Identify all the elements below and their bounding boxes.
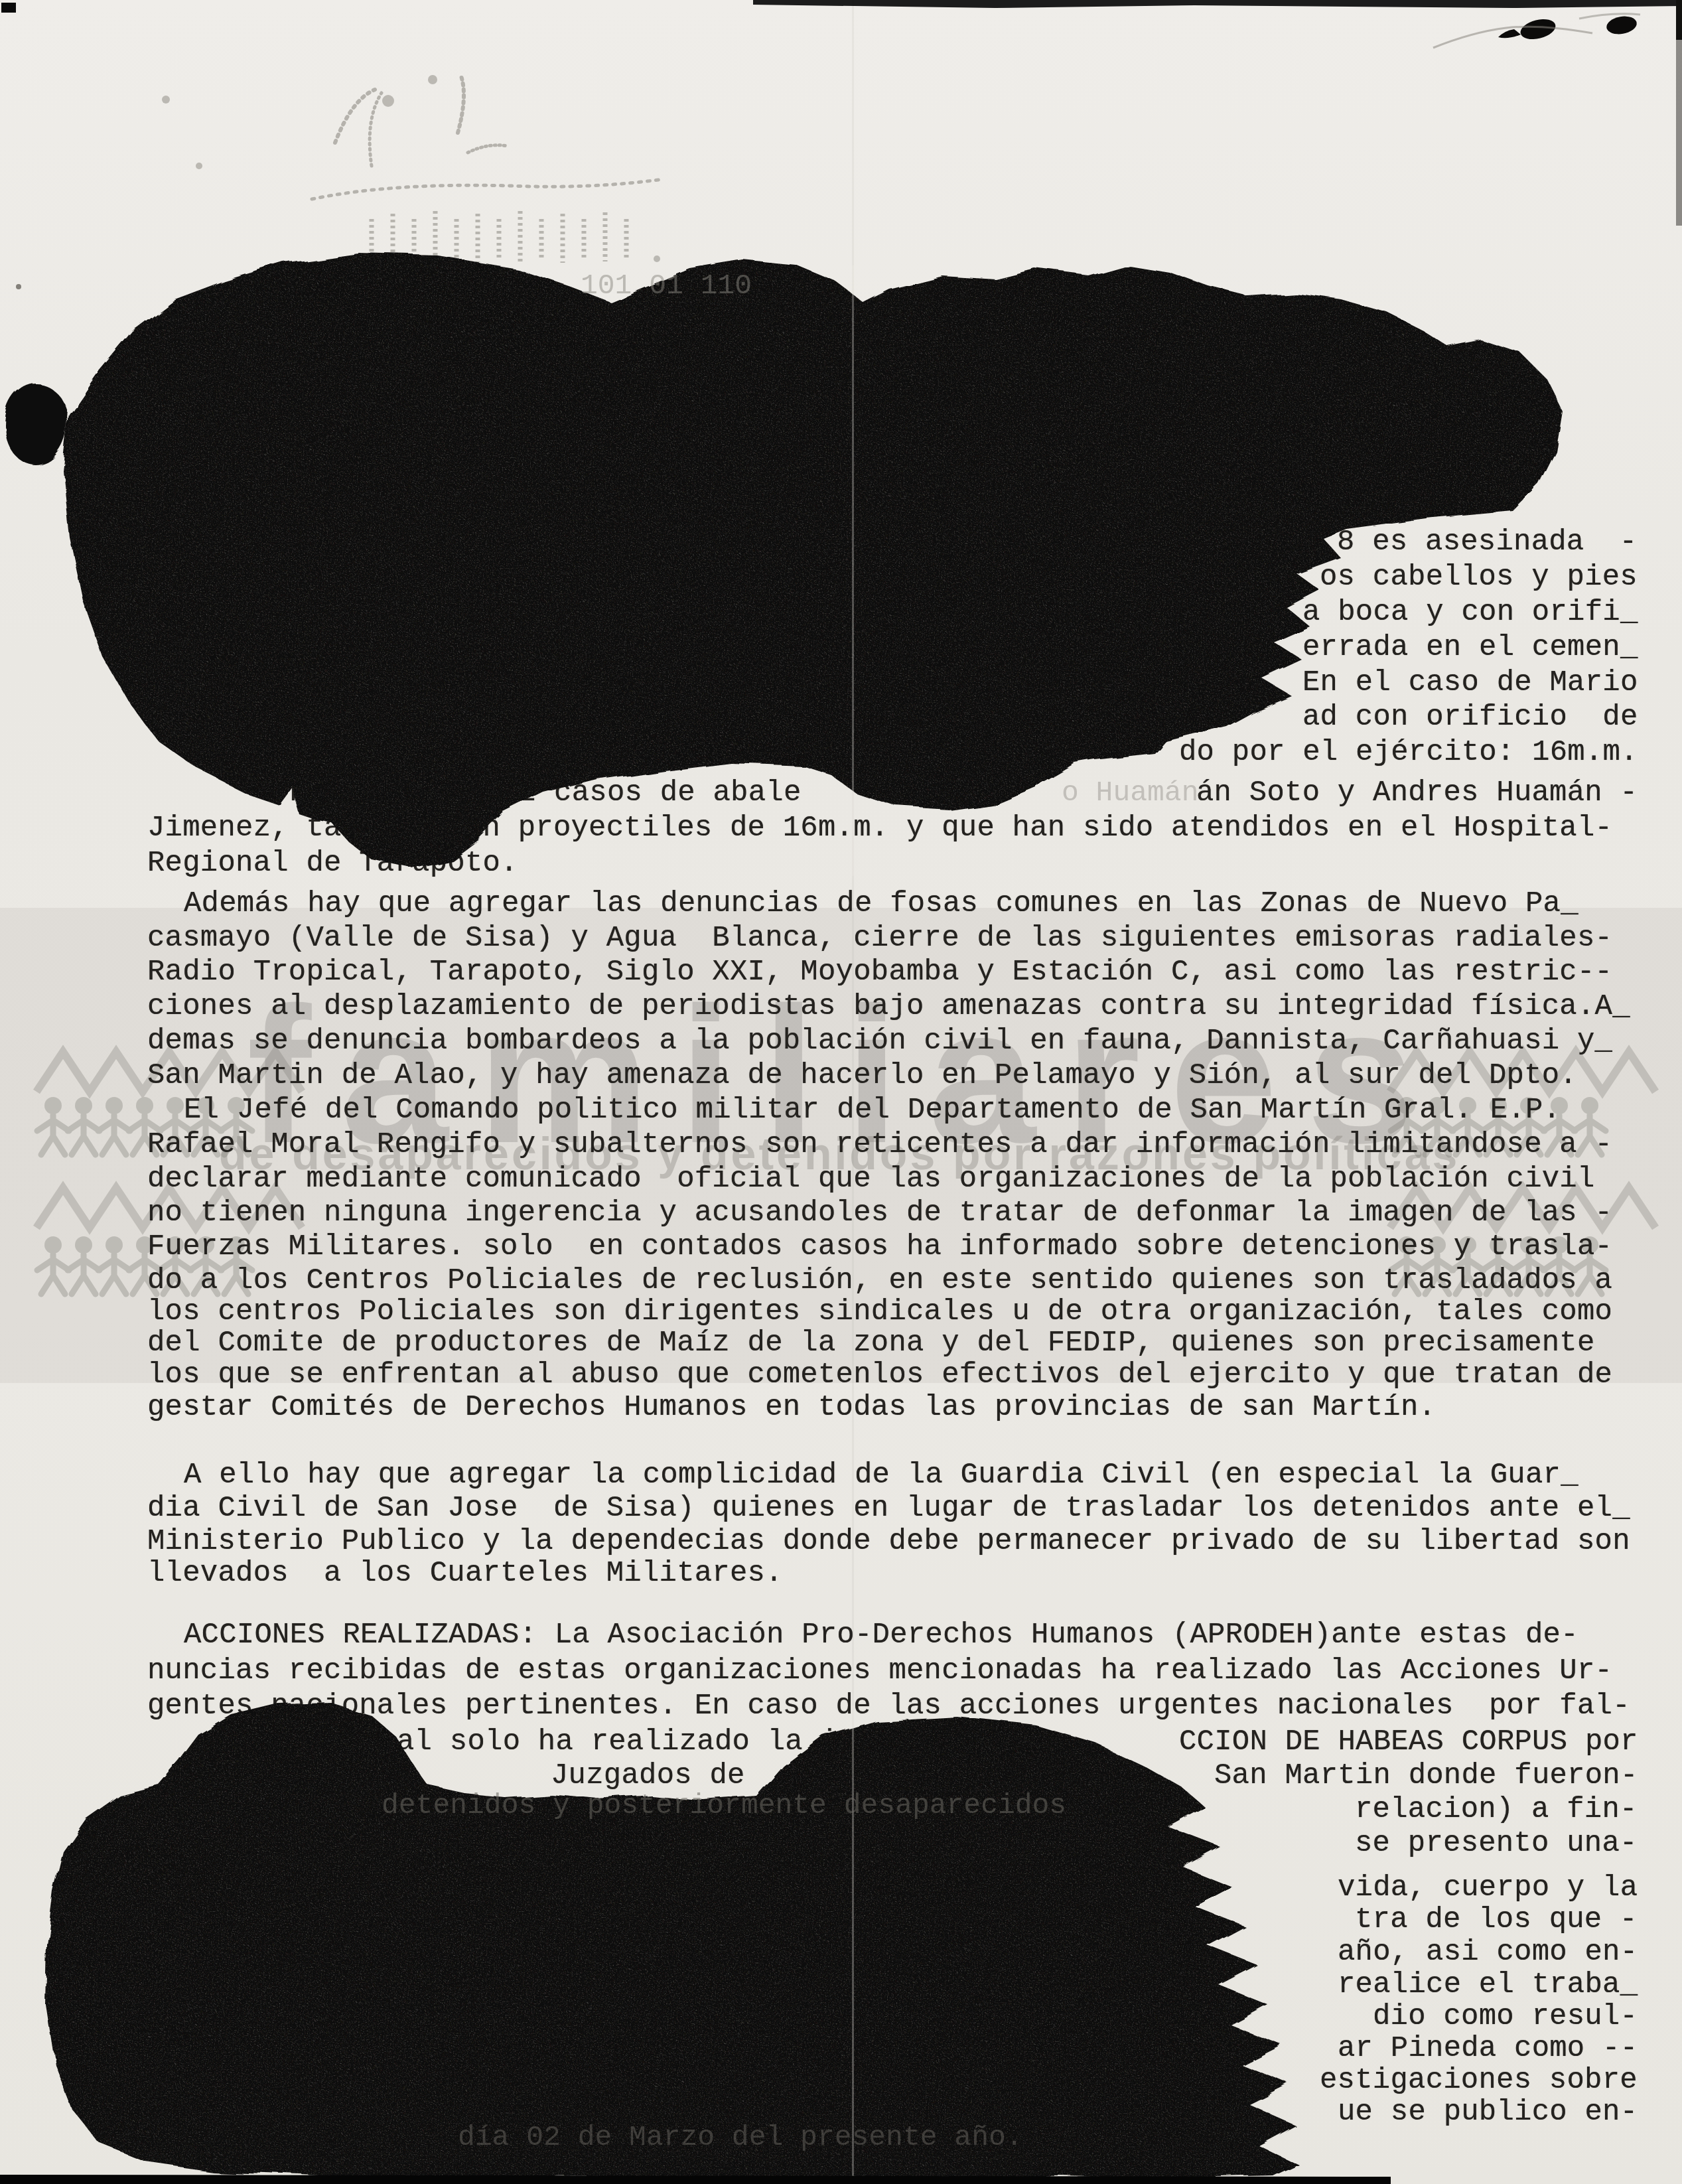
speck-left xyxy=(16,284,21,289)
ink-splatter-1-tail xyxy=(1498,29,1521,38)
ink-splatter-1 xyxy=(1518,16,1557,42)
top-left-speck xyxy=(1,3,16,13)
bottom-edge-bar xyxy=(0,2175,1391,2184)
ink-splatters xyxy=(16,14,1640,289)
right-edge-corner xyxy=(1676,0,1682,40)
ink-splatter-2 xyxy=(1605,14,1638,36)
scanned-document-page: familiares de desaparecidos y detenidos … xyxy=(0,0,1682,2184)
scan-edge-artifacts xyxy=(0,0,1682,2184)
top-edge-strip xyxy=(753,0,1682,8)
